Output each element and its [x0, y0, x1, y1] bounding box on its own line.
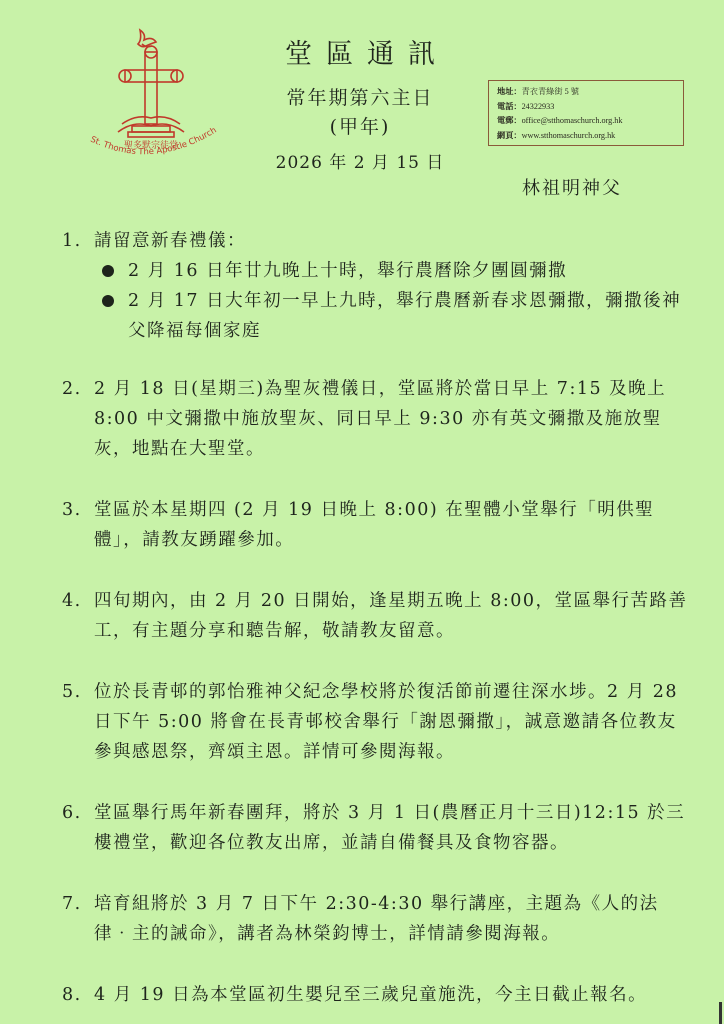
announcement-item-2: 2. 2 月 18 日(星期三)為聖灰禮儀日，堂區將於當日早上 7:15 及晚上…: [62, 374, 692, 464]
bullet-item: 2 月 16 日年廿九晚上十時，舉行農曆除夕團圓彌撒: [94, 256, 692, 286]
church-logo-icon: 聖多默宗徒堂 St. Thomas The Apostle Church: [82, 22, 222, 162]
announcement-list: 1. 請留意新春禮儀： 2 月 16 日年廿九晚上十時，舉行農曆除夕團圓彌撒 2…: [62, 226, 692, 1010]
bulletin-date: 2026 年 2 月 15 日: [240, 152, 480, 174]
liturgical-sunday: 常年期第六主日: [240, 86, 480, 110]
bullet-item: 2 月 17 日大年初一早上九時，舉行農曆新春求恩彌撒，彌撒後神父降福每個家庭: [94, 286, 692, 346]
contact-email: 電郵：office@stthomaschurch.org.hk: [497, 114, 675, 129]
contact-website: 網頁：www.stthomaschurch.org.hk: [497, 129, 675, 144]
announcement-item-5: 5. 位於長青邨的郭怡雅神父紀念學校將於復活節前遷往深水埗。2 月 28 日下午…: [62, 677, 692, 767]
announcement-item-6: 6. 堂區舉行馬年新春團拜，將於 3 月 1 日(農曆正月十三日)12:15 於…: [62, 798, 692, 858]
header-title-block: 堂區通訊 常年期第六主日 (甲年) 2026 年 2 月 15 日: [240, 38, 480, 174]
contact-info-box: 地址：青衣青綠街 5 號 電話：24322933 電郵：office@sttho…: [488, 80, 684, 146]
announcement-item-7: 7. 培育組將於 3 月 7 日下午 2:30-4:30 舉行講座，主題為《人的…: [62, 889, 692, 949]
announcement-1-bullets: 2 月 16 日年廿九晚上十時，舉行農曆除夕團圓彌撒 2 月 17 日大年初一早…: [94, 256, 692, 346]
scan-edge-mark: [719, 1002, 722, 1024]
announcement-item-8: 8. 4 月 19 日為本堂區初生嬰兒至三歲兒童施洗，今主日截止報名。: [62, 980, 692, 1010]
announcement-item-3: 3. 堂區於本星期四 (2 月 19 日晚上 8:00) 在聖體小堂舉行「明供聖…: [62, 495, 692, 555]
page-title: 堂區通訊: [254, 38, 480, 72]
liturgical-year: (甲年): [240, 114, 480, 140]
announcement-item-1: 1. 請留意新春禮儀： 2 月 16 日年廿九晚上十時，舉行農曆除夕團圓彌撒 2…: [62, 226, 692, 346]
contact-phone: 電話：24322933: [497, 100, 675, 115]
bullet-dot-icon: [102, 265, 114, 277]
bullet-dot-icon: [102, 295, 114, 307]
announcement-item-4: 4. 四旬期內，由 2 月 20 日開始，逢星期五晚上 8:00，堂區舉行苦路善…: [62, 586, 692, 646]
contact-address: 地址：青衣青綠街 5 號: [497, 85, 675, 100]
priest-name: 林祖明神父: [522, 174, 622, 200]
